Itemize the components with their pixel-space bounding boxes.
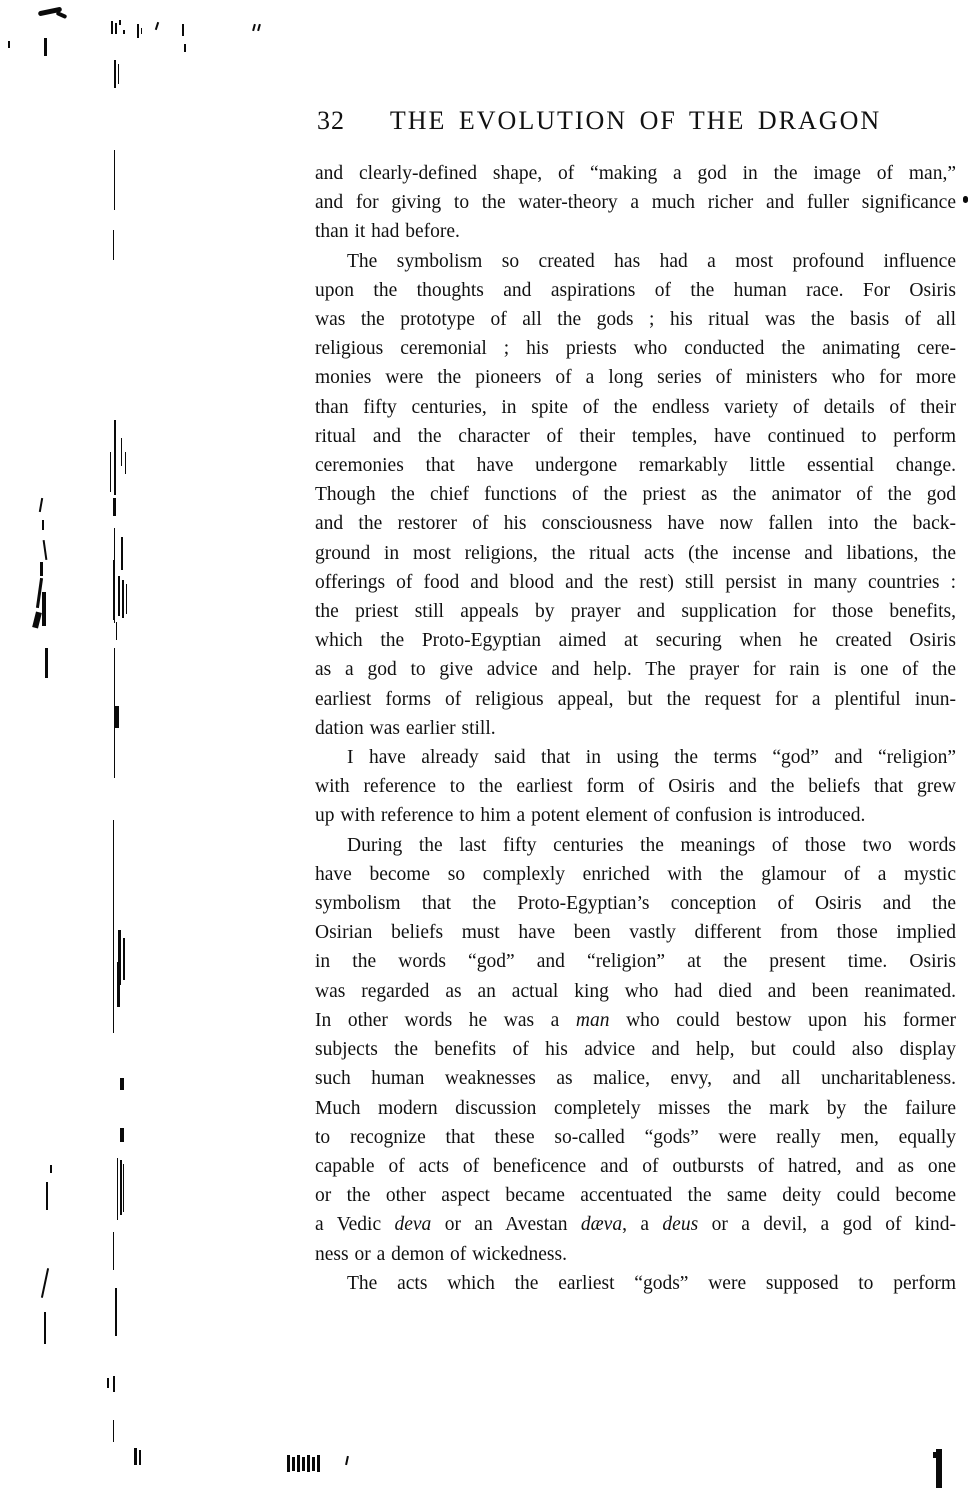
binding-streak bbox=[113, 498, 116, 516]
scan-mark bbox=[184, 44, 186, 52]
page-title: THE EVOLUTION OF THE DRAGON bbox=[315, 106, 956, 136]
paragraph: The acts which the earliest “gods” were … bbox=[315, 1269, 956, 1298]
text-line: than it had before. bbox=[315, 217, 956, 246]
text-line: or the other aspect became accentuated t… bbox=[315, 1181, 956, 1210]
text-line: In other words he was a man who could be… bbox=[315, 1006, 956, 1035]
binding-streak bbox=[113, 978, 114, 1033]
text-line: I have already said that in using the te… bbox=[315, 743, 956, 772]
scan-mark bbox=[252, 24, 256, 31]
binding-streak bbox=[113, 1376, 115, 1392]
text-line: dation was earlier still. bbox=[315, 714, 956, 743]
scan-mark bbox=[182, 24, 184, 36]
text-line: offerings of food and blood and the rest… bbox=[315, 568, 956, 597]
text-line: ness or a demon of wickedness. bbox=[315, 1240, 956, 1269]
scan-mark bbox=[32, 612, 42, 629]
text-line: The symbolism so created has had a most … bbox=[315, 247, 956, 276]
text-line: than fifty centuries, in spite of the en… bbox=[315, 393, 956, 422]
scan-mark bbox=[141, 28, 142, 34]
scan-mark bbox=[46, 1182, 48, 1210]
text-line: to recognize that these so-called “gods”… bbox=[315, 1123, 956, 1152]
text-line: The acts which the earliest “gods” were … bbox=[315, 1269, 956, 1298]
book-page: 32 THE EVOLUTION OF THE DRAGON and clear… bbox=[0, 0, 980, 1493]
text-line: earliest forms of religious appeal, but … bbox=[315, 685, 956, 714]
scan-mark bbox=[257, 24, 261, 31]
scan-mark bbox=[42, 520, 44, 530]
scan-mark bbox=[45, 648, 48, 678]
scan-mark bbox=[137, 24, 139, 38]
scan-mark bbox=[44, 38, 47, 56]
binding-streak bbox=[121, 537, 123, 570]
scan-mark bbox=[56, 11, 68, 19]
scan-mark bbox=[44, 1312, 46, 1344]
text-line: capable of acts of beneficence and of ou… bbox=[315, 1152, 956, 1181]
scan-mark bbox=[155, 22, 159, 30]
binding-streak bbox=[114, 150, 115, 210]
binding-streak bbox=[115, 706, 119, 728]
scan-mark bbox=[8, 41, 10, 48]
binding-streak bbox=[123, 938, 125, 980]
binding-streak bbox=[120, 1160, 122, 1215]
scan-mark bbox=[936, 1449, 942, 1488]
scan-mark-ticks bbox=[287, 1455, 320, 1472]
binding-streak bbox=[134, 1448, 137, 1465]
binding-streak bbox=[123, 1164, 124, 1212]
binding-streak bbox=[139, 1450, 141, 1465]
text-block: and clearly-defined shape, of “making a … bbox=[315, 159, 956, 1298]
binding-streak bbox=[121, 438, 122, 466]
binding-streak bbox=[107, 1378, 109, 1388]
scan-mark bbox=[50, 1165, 52, 1173]
text-line: and for giving to the water-theory a muc… bbox=[315, 188, 956, 217]
binding-streak bbox=[120, 1078, 124, 1090]
binding-streak bbox=[117, 1158, 118, 1220]
scan-mark bbox=[43, 540, 48, 560]
paragraph: The symbolism so created has had a most … bbox=[315, 247, 956, 743]
text-line: ground in most religions, the ritual act… bbox=[315, 539, 956, 568]
text-line: a Vedic deva or an Avestan dæva, a deus … bbox=[315, 1210, 956, 1239]
text-line: up with reference to him a potent elemen… bbox=[315, 801, 956, 830]
binding-streak bbox=[115, 1288, 117, 1336]
text-line: Though the chief functions of the priest… bbox=[315, 480, 956, 509]
binding-streak bbox=[120, 1128, 124, 1142]
binding-streak bbox=[118, 64, 119, 84]
text-line: with reference to the earliest form of O… bbox=[315, 772, 956, 801]
text-line: religious ceremonial ; his priests who c… bbox=[315, 334, 956, 363]
binding-streak bbox=[114, 420, 116, 495]
binding-streak bbox=[126, 584, 127, 614]
binding-streak bbox=[113, 230, 114, 260]
scan-mark bbox=[345, 1456, 349, 1465]
binding-streak bbox=[117, 962, 120, 1007]
text-line: was regarded as an actual king who had d… bbox=[315, 977, 956, 1006]
scan-mark bbox=[123, 30, 125, 34]
text-line: ritual and the character of their temple… bbox=[315, 422, 956, 451]
paragraph: I have already said that in using the te… bbox=[315, 743, 956, 831]
binding-streak bbox=[113, 1420, 114, 1442]
text-line: symbolism that the Proto-Egyptian’s conc… bbox=[315, 889, 956, 918]
binding-streak bbox=[125, 452, 126, 474]
scan-mark bbox=[111, 21, 113, 34]
binding-streak bbox=[113, 1232, 114, 1270]
text-line: the priest still appeals by prayer and s… bbox=[315, 597, 956, 626]
binding-streak bbox=[113, 560, 115, 620]
scan-mark bbox=[963, 196, 968, 203]
binding-streak bbox=[110, 452, 111, 492]
page-header: 32 THE EVOLUTION OF THE DRAGON bbox=[315, 106, 956, 142]
paragraph: During the last fifty centuries the mean… bbox=[315, 831, 956, 1269]
text-line: which the Proto-Egyptian aimed at securi… bbox=[315, 626, 956, 655]
scan-mark bbox=[115, 23, 117, 34]
text-line: Osirian beliefs must have been vastly di… bbox=[315, 918, 956, 947]
text-line: such human weaknesses as malice, envy, a… bbox=[315, 1064, 956, 1093]
text-line: and the restorer of his consciousness ha… bbox=[315, 509, 956, 538]
text-line: and clearly-defined shape, of “making a … bbox=[315, 159, 956, 188]
text-line: Much modern discussion completely misses… bbox=[315, 1094, 956, 1123]
scan-mark bbox=[933, 1452, 936, 1458]
text-line: as a god to give advice and help. The pr… bbox=[315, 655, 956, 684]
text-line: subjects the benefits of his advice and … bbox=[315, 1035, 956, 1064]
binding-streak bbox=[114, 60, 116, 88]
text-line: upon the thoughts and aspirations of the… bbox=[315, 276, 956, 305]
text-line: ceremonies that have undergone remarkabl… bbox=[315, 451, 956, 480]
scan-mark bbox=[41, 1268, 49, 1298]
text-line: in the words “god” and “religion” at the… bbox=[315, 947, 956, 976]
text-line: monies were the pioneers of a long serie… bbox=[315, 363, 956, 392]
binding-streak bbox=[118, 576, 120, 616]
binding-streak bbox=[116, 622, 117, 640]
text-line: was the prototype of all the gods ; his … bbox=[315, 305, 956, 334]
scan-mark bbox=[42, 592, 46, 626]
scan-mark bbox=[40, 562, 43, 576]
page-content: 32 THE EVOLUTION OF THE DRAGON and clear… bbox=[315, 0, 956, 1298]
scan-mark bbox=[39, 498, 43, 512]
binding-streak bbox=[122, 580, 124, 618]
scan-mark bbox=[119, 20, 121, 25]
text-line: During the last fifty centuries the mean… bbox=[315, 831, 956, 860]
text-line: have become so complexly enriched with t… bbox=[315, 860, 956, 889]
page-number: 32 bbox=[317, 106, 345, 136]
paragraph: and clearly-defined shape, of “making a … bbox=[315, 159, 956, 247]
